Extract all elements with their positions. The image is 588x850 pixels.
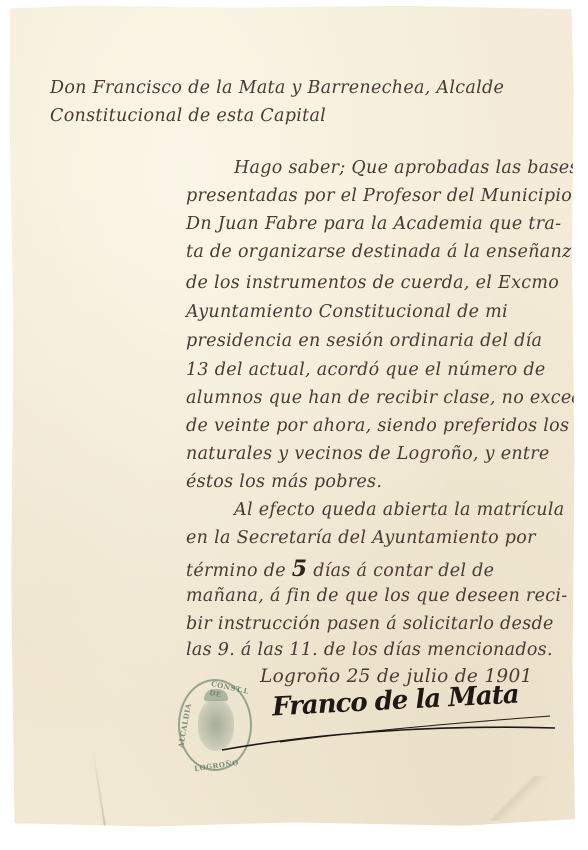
body-line: alumnos que han de recibir clase, no exc… [186,388,588,408]
body-line: Dn Juan Fabre para la Academia que tra- [186,214,561,234]
body-line: de veinte por ahora, siendo preferidos l… [186,416,569,436]
body-line: mañana, á fin de que los que deseen reci… [186,586,567,606]
term-suffix: días á contar del de [313,561,494,581]
body-line-term: término de 5 días á contar del de [186,556,494,582]
body-line: naturales y vecinos de Logroño, y entre [186,444,550,464]
body-line: bir instrucción pasen á solicitarlo desd… [186,614,554,634]
body-line: las 9. á las 11. de los días mencionados… [186,640,553,660]
body-line: presidencia en sesión ordinaria del día [186,331,542,351]
body-line: ta de organizarse destinada á la enseñan… [186,242,582,262]
heading-line-2: Constitucional de esta Capital [50,106,326,126]
paper-corner-fold [480,776,550,821]
term-prefix: término de [186,561,286,581]
body-line: presentadas por el Profesor del Municipi… [186,186,572,206]
seal-text-left: ALCALDIA [176,703,193,749]
seal-text-bottom: LOGROÑO [194,758,240,773]
body-line: Hago saber; Que aprobadas las bases [234,158,579,178]
body-line: éstos los más pobres. [186,472,382,492]
heading-line-1: Don Francisco de la Mata y Barrenechea, … [50,78,504,98]
body-line: Al efecto queda abierta la matrícula [234,500,564,520]
signature-flourish-icon [220,706,560,756]
body-line: Ayuntamiento Constitucional de mi [186,302,508,322]
body-line: 13 del actual, acordó que el número de [186,360,546,380]
paper-crease [91,746,106,830]
term-days-number: 5 [292,556,308,582]
body-line: en la Secretaría del Ayuntamiento por [186,528,536,548]
body-line: de los instrumentos de cuerda, el Excmo [186,273,559,293]
document-page: Don Francisco de la Mata y Barrenechea, … [10,6,576,829]
